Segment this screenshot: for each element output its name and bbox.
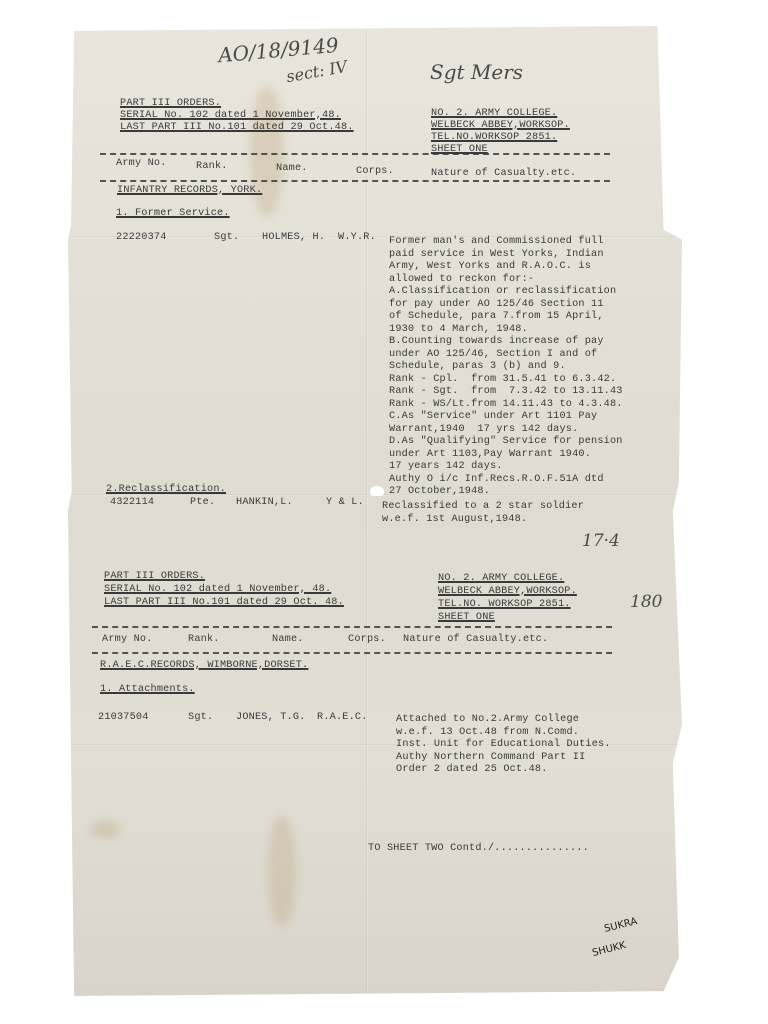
- college-name: NO. 2. ARMY COLLEGE.: [431, 108, 557, 121]
- casualty-detail-line: under Art 1103,Pay Warrant 1940.: [389, 449, 623, 462]
- casualty-detail-line: Inst. Unit for Educational Duties.: [396, 739, 611, 752]
- college-address: WELBECK ABBEY,WORKSOP.: [431, 120, 570, 133]
- soldier-name: HOLMES, H.: [262, 232, 325, 245]
- unit-heading: R.A.E.C.RECORDS, WIMBORNE,DORSET.: [100, 660, 308, 673]
- casualty-detail-line: w.e.f. 13 Oct.48 from N.Comd.: [396, 727, 611, 740]
- army-number: 22220374: [116, 232, 167, 245]
- casualty-detail-line: D.As "Qualifying" Service for pension: [389, 436, 623, 449]
- rank: Pte.: [190, 497, 215, 510]
- college-address: WELBECK ABBEY,WORKSOP.: [438, 586, 577, 599]
- corps: W.Y.R.: [338, 232, 376, 245]
- casualty-detail-line: Warrant,1940 17 yrs 142 days.: [389, 424, 623, 437]
- casualty-detail-line: Former man's and Commissioned full: [389, 236, 623, 249]
- casualty-details: Attached to No.2.Army Collegew.e.f. 13 O…: [396, 714, 611, 777]
- casualty-detail-line: Rank - Sgt. from 7.3.42 to 13.11.43: [389, 386, 623, 399]
- college-telephone: TEL.NO.WORKSOP 2851.: [431, 132, 557, 145]
- col-rank: Rank.: [196, 161, 228, 174]
- casualty-detail-line: Army, West Yorks and R.A.O.C. is: [389, 261, 623, 274]
- casualty-detail-line: Schedule, paras 3 (b) and 9.: [389, 361, 623, 374]
- casualty-details: Former man's and Commissioned fullpaid s…: [389, 236, 623, 499]
- casualty-details: Reclassified to a 2 star soldierw.e.f. 1…: [382, 501, 584, 526]
- casualty-detail-line: C.As "Service" under Art 1101 Pay: [389, 411, 623, 424]
- soldier-name: JONES, T.G.: [236, 712, 305, 725]
- col-name: Name.: [272, 634, 304, 647]
- casualty-detail-line: 27 October,1948.: [389, 486, 623, 499]
- casualty-detail-line: Order 2 dated 25 Oct.48.: [396, 764, 611, 777]
- rank: Sgt.: [188, 712, 213, 725]
- section-title: 2.Reclassification.: [106, 484, 226, 497]
- section-title: 1. Attachments.: [100, 684, 195, 697]
- casualty-detail-line: under AO 125/46, Section I and of: [389, 349, 623, 362]
- divider: [92, 626, 612, 628]
- col-corps: Corps.: [348, 634, 386, 647]
- col-army-no: Army No.: [116, 158, 167, 171]
- handwritten-margin-note: 17·4: [582, 531, 620, 551]
- divider: [100, 153, 610, 155]
- last-part-line: LAST PART III No.101 dated 29 Oct.48.: [120, 122, 354, 135]
- casualty-detail-line: Reclassified to a 2 star soldier: [382, 501, 584, 514]
- casualty-detail-line: of Schedule, para 7.from 15 April,: [389, 311, 623, 324]
- water-stain: [268, 816, 296, 926]
- water-stain: [90, 821, 120, 839]
- soldier-name: HANKIN,L.: [236, 497, 293, 510]
- rank: Sgt.: [214, 232, 239, 245]
- casualty-detail-line: w.e.f. 1st August,1948.: [382, 514, 584, 527]
- casualty-detail-line: Attached to No.2.Army College: [396, 714, 611, 727]
- col-corps: Corps.: [356, 166, 394, 179]
- college-name: NO. 2. ARMY COLLEGE.: [438, 573, 564, 586]
- orders-title: PART III ORDERS.: [104, 571, 205, 584]
- casualty-detail-line: paid service in West Yorks, Indian: [389, 249, 623, 262]
- casualty-detail-line: 17 years 142 days.: [389, 461, 623, 474]
- col-name: Name.: [276, 163, 308, 176]
- college-telephone: TEL.NO. WORKSOP 2851.: [438, 599, 571, 612]
- serial-line: SERIAL No. 102 dated 1 November, 48.: [104, 584, 331, 597]
- orders-title: PART III ORDERS.: [120, 98, 221, 111]
- casualty-detail-line: 1930 to 4 March, 1948.: [389, 324, 623, 337]
- casualty-detail-line: allowed to reckon for:-: [389, 274, 623, 287]
- divider: [100, 180, 610, 182]
- corps: Y & L.: [326, 497, 364, 510]
- army-number: 21037504: [98, 712, 149, 725]
- paper-hole: [370, 486, 384, 496]
- col-nature: Nature of Casualty.etc.: [431, 168, 576, 181]
- casualty-detail-line: A.Classification or reclassification: [389, 286, 623, 299]
- col-nature: Nature of Casualty.etc.: [403, 634, 548, 647]
- divider: [92, 652, 612, 654]
- casualty-detail-line: Authy O i/c Inf.Recs.R.O.F.51A dtd: [389, 474, 623, 487]
- handwritten-margin-note: 180: [630, 592, 662, 612]
- sheet-label: SHEET ONE: [438, 612, 495, 625]
- section-title: 1. Former Service.: [116, 208, 230, 221]
- serial-line: SERIAL No. 102 dated 1 November,48.: [120, 110, 341, 123]
- col-army-no: Army No.: [102, 634, 153, 647]
- last-part-line: LAST PART III No.101 dated 29 Oct. 48.: [104, 597, 344, 610]
- continuation-footer: TO SHEET TWO Contd./...............: [368, 843, 589, 856]
- col-rank: Rank.: [188, 634, 220, 647]
- casualty-detail-line: for pay under AO 125/46 Section 11: [389, 299, 623, 312]
- casualty-detail-line: Authy Northern Command Part II: [396, 752, 611, 765]
- casualty-detail-line: Rank - WS/Lt.from 14.11.43 to 4.3.48.: [389, 399, 623, 412]
- casualty-detail-line: B.Counting towards increase of pay: [389, 336, 623, 349]
- handwritten-signature: Sgt Mers: [430, 60, 523, 84]
- corps: R.A.E.C.: [317, 712, 368, 725]
- army-number: 4322114: [110, 497, 154, 510]
- unit-heading: INFANTRY RECORDS, YORK.: [117, 185, 262, 198]
- casualty-detail-line: Rank - Cpl. from 31.5.41 to 6.3.42.: [389, 374, 623, 387]
